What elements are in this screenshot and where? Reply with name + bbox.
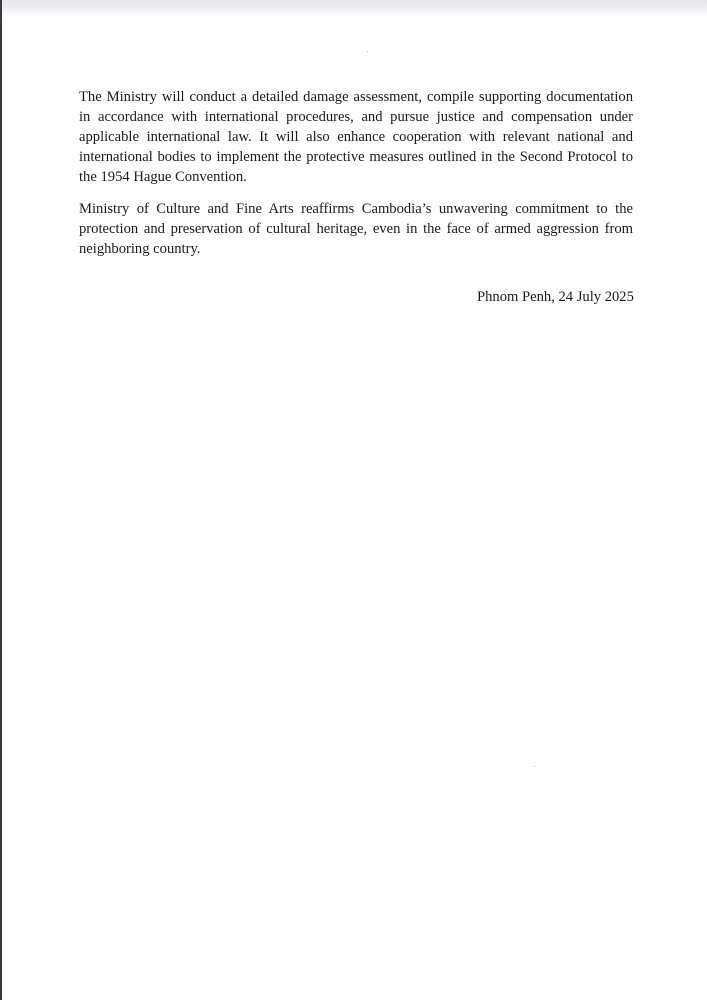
- page-left-edge: [0, 0, 2, 1000]
- paragraph-commitment: Ministry of Culture and Fine Arts reaffi…: [79, 199, 633, 259]
- paragraph-damage-assessment: The Ministry will conduct a detailed dam…: [79, 87, 633, 187]
- scan-speck: [534, 766, 535, 767]
- place-and-date: Phnom Penh, 24 July 2025: [477, 287, 634, 307]
- document-body: The Ministry will conduct a detailed dam…: [79, 87, 633, 271]
- document-page: The Ministry will conduct a detailed dam…: [0, 0, 707, 1000]
- scan-speck: [367, 51, 368, 52]
- scan-top-shadow: [2, 0, 707, 18]
